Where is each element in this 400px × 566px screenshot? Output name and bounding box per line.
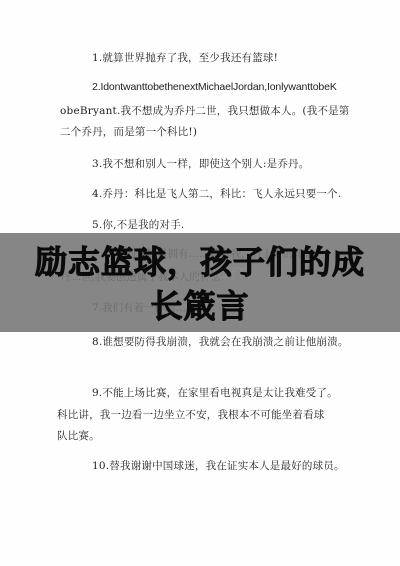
quote-item-9-line-3: 队比赛。 (57, 429, 100, 443)
quote-item-2-line-2: obeBryant.我不想成为乔丹二世，我只想做本人。(我不是第 (60, 104, 350, 118)
banner-title-line-2: 长箴言 (0, 288, 400, 324)
banner-title-line-1: 励志篮球，孩子们的成 (0, 244, 400, 280)
quote-item-3: 3.我不想和别人一样，即使这个别人:是乔丹。 (92, 157, 309, 171)
quote-item-1: 1.就算世界抛弃了我，至少我还有篮球! (92, 51, 278, 65)
title-banner: 6.我的目标是拥有……特有我，打上方的印记 丹二世,我要创造属于我本人的神话. … (0, 233, 400, 332)
quote-item-5: 5.你,不是我的对手. (92, 218, 184, 232)
quote-item-8: 8.谁想要防得我崩溃，我就会在我崩溃之前让他崩溃。 (92, 335, 349, 349)
quote-item-2-line-3: 二个乔丹，而是第一个科比!) (60, 125, 197, 139)
quote-item-2-line-1: 2.IdontwanttobethenextMichaelJordan,Ionl… (92, 80, 337, 94)
quote-item-9-line-2: 科比讲，我一边看一边坐立不安，我根本不可能坐着看球 (57, 408, 325, 422)
quote-item-10: 10.替我谢谢中国球迷，我在证实本人是最好的球员。 (92, 459, 345, 473)
quote-item-4: 4.乔丹：科比是飞人第二，科比：飞人永远只要一个. (92, 187, 341, 201)
quote-item-9-line-1: 9.不能上场比赛，在家里看电视真是太让我难受了。 (92, 386, 338, 400)
